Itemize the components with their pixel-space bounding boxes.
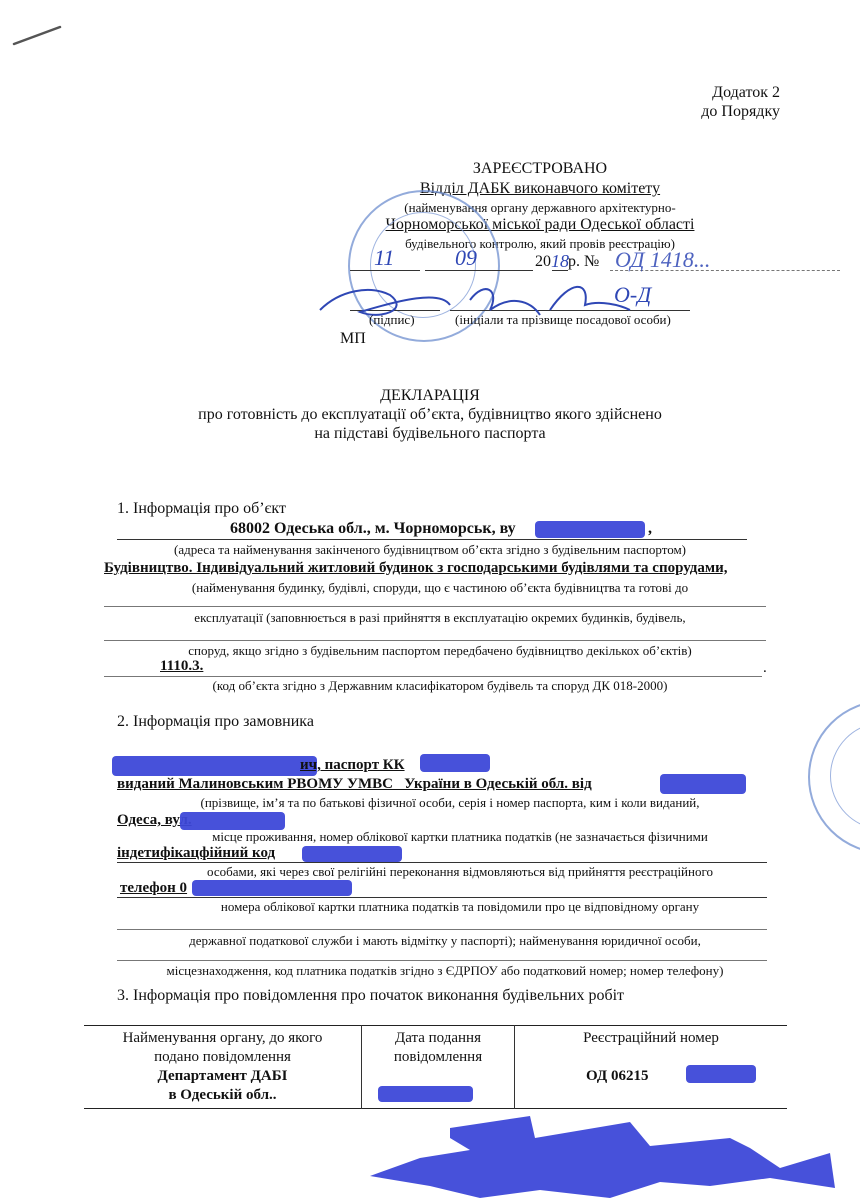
building-hint-1: (найменування будинку, будівлі, споруди,…	[100, 580, 780, 596]
handwritten-year: 18	[551, 251, 569, 272]
declaration-subtitle-1: про готовність до експлуатації об’єкта, …	[130, 406, 730, 424]
code-line	[104, 676, 762, 677]
notice-number-cell: Реєстраційний номер ОД 06215	[515, 1026, 788, 1109]
object-address-suffix: ,	[648, 520, 652, 538]
handwritten-day: 11	[374, 245, 394, 271]
header-reg-number: Реєстраційний номер	[521, 1029, 781, 1048]
date-year-prefix: 20	[535, 253, 551, 271]
building-line-1	[104, 606, 766, 607]
customer-passport: ич, паспорт КК	[300, 757, 405, 774]
address-hint: (адреса та найменування закінченого буді…	[110, 542, 750, 558]
header-authority: Найменування органу, до якого подано пов…	[90, 1029, 355, 1067]
building-name: Будівництво. Індивідуальний житловий буд…	[104, 560, 728, 577]
building-line-2	[104, 640, 766, 641]
declaration-subtitle-2: на підставі будівельного паспорта	[180, 425, 680, 443]
pen-mark	[10, 20, 70, 50]
signature-hint: (підпис)	[369, 312, 415, 328]
authority-line-2: в Одеській обл..	[90, 1086, 355, 1105]
phone-line	[117, 897, 767, 898]
declaration-title: ДЕКЛАРАЦІЯ	[180, 387, 680, 405]
customer-hint-4: номера облікової картки платника податкі…	[150, 899, 770, 915]
building-hint-2: експлуатації (заповнюється в разі прийня…	[100, 610, 780, 626]
redaction-notice-date	[378, 1086, 473, 1102]
redaction-issue-date	[660, 774, 746, 794]
section2-heading: 2. Інформація про замовника	[117, 713, 314, 731]
redaction-phone	[192, 880, 352, 896]
customer-line-5	[117, 929, 767, 930]
seal-label: МП	[340, 330, 366, 348]
customer-hint-3: особами, які через свої релігійні переко…	[150, 864, 770, 880]
code-end: .	[763, 660, 767, 677]
customer-line-6	[117, 960, 767, 961]
customer-hint-1: (прізвище, ім’я та по батькові фізичної …	[150, 795, 750, 811]
appendix-line1: Додаток 2	[700, 84, 780, 102]
redaction-tax-id	[302, 846, 402, 862]
authority-line-1: Департамент ДАБІ	[90, 1067, 355, 1086]
section3-heading: 3. Інформація про повідомлення про почат…	[117, 987, 624, 1005]
header-date: Дата подання повідомлення	[368, 1029, 508, 1067]
building-hint-3: споруд, якщо згідно з будівельним паспор…	[100, 643, 780, 659]
notice-table: Найменування органу, до якого подано пов…	[84, 1025, 787, 1109]
date-number-label: р. №	[568, 253, 599, 271]
redaction-customer-address	[180, 812, 285, 830]
address-line	[117, 539, 747, 540]
redaction-bottom-scribble	[330, 1108, 850, 1200]
customer-hint-2: місце проживання, номер облікової картки…	[150, 829, 770, 845]
customer-hint-5: державної податкової служби і мають відм…	[120, 933, 770, 949]
reg-number-value: ОД 06215	[586, 1067, 649, 1086]
redaction-address	[535, 521, 645, 538]
customer-hint-6: місцезнаходження, код платника податків …	[110, 963, 780, 979]
redaction-passport-number	[420, 754, 490, 772]
notice-authority-cell: Найменування органу, до якого подано пов…	[84, 1026, 362, 1109]
appendix-line2: до Порядку	[700, 103, 780, 121]
phone-label: телефон 0	[120, 880, 187, 897]
code-hint: (код об’єкта згідно з Державним класифік…	[100, 678, 780, 694]
registration-title: ЗАРЕЄСТРОВАНО	[380, 160, 700, 178]
official-stamp-partial	[808, 700, 860, 854]
tax-id-label: індетифікацфійний код	[117, 845, 275, 862]
object-code: 1110.3.	[160, 658, 203, 675]
tax-id-line	[117, 862, 767, 863]
appendix-label: Додаток 2 до Порядку	[700, 84, 780, 121]
handwritten-initials: О-Д	[614, 282, 651, 308]
initials-hint: (ініціали та прізвище посадової особи)	[455, 312, 671, 328]
handwritten-month: 09	[455, 245, 477, 271]
section1-heading: 1. Інформація про об’єкт	[117, 500, 286, 518]
passport-issued-by: виданий Малиновським РВОМУ УМВС України …	[117, 776, 592, 793]
notice-date-cell: Дата подання повідомлення	[362, 1026, 515, 1109]
redaction-reg-number	[686, 1065, 756, 1083]
object-address: 68002 Одеська обл., м. Чорноморськ, ву	[230, 520, 516, 538]
redaction-customer-name	[112, 756, 317, 776]
